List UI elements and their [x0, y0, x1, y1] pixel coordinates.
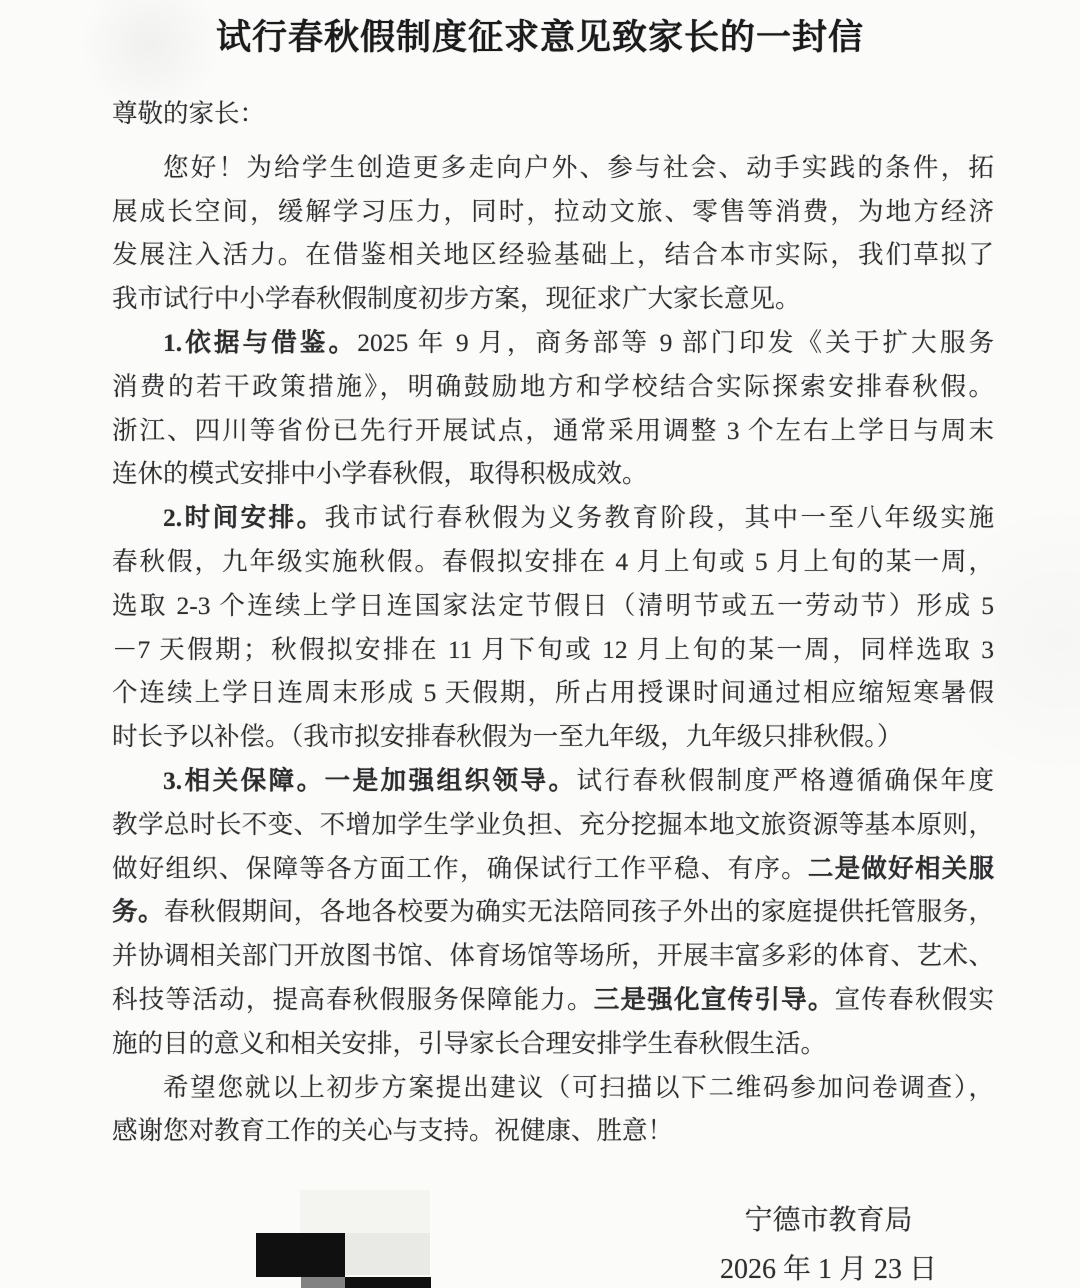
- qr-module: [345, 1233, 430, 1275]
- signature-date: 2026 年 1 月 23 日: [720, 1245, 937, 1288]
- bold-text: 二是做好相关服: [808, 854, 994, 883]
- text-run: －7 天假期；秋假拟安排在 11 月下旬或 12 月上旬的某一周，同样选取 3: [112, 635, 994, 664]
- text-run: 我市试行中小学春秋假制度初步方案，现征求广大家长意见。: [112, 284, 801, 313]
- text-run: 连休的模式安排中小学春秋假，取得积极成效。: [112, 459, 648, 488]
- text-run: 消费的若干政策措施》，明确鼓励地方和学校结合实际探索安排春秋假。: [112, 372, 994, 401]
- qr-module: [256, 1233, 345, 1277]
- qr-module: [345, 1277, 431, 1288]
- text-run: 做好组织、保障等各方面工作，确保试行工作平稳、有序。: [112, 854, 808, 883]
- text-run: 教学总时长不变、不增加学生学业负担、充分挖掘本地文旅资源等基本原则，: [112, 810, 994, 839]
- body-line: 教学总时长不变、不增加学生学业负担、充分挖掘本地文旅资源等基本原则，: [112, 803, 994, 847]
- letter-title: 试行春秋假制度征求意见致家长的一封信: [0, 0, 1080, 60]
- body-line: 做好组织、保障等各方面工作，确保试行工作平稳、有序。二是做好相关服: [112, 847, 994, 891]
- bold-text: 2.时间安排。: [163, 503, 325, 532]
- text-run: 浙江、四川等省份已先行开展试点，通常采用调整 3 个左右上学日与周末: [112, 416, 994, 445]
- body-line: 展成长空间，缓解学习压力，同时，拉动文旅、零售等消费，为地方经济: [112, 190, 994, 234]
- bold-text: 务。: [112, 897, 164, 926]
- body-line: 连休的模式安排中小学春秋假，取得积极成效。: [112, 452, 994, 496]
- signature-block: 宁德市教育局 2026 年 1 月 23 日: [720, 1196, 937, 1288]
- body-line: 您好！为给学生创造更多走向户外、参与社会、动手实践的条件，拓: [112, 146, 994, 190]
- body-line: 希望您就以上初步方案提出建议（可扫描以下二维码参加问卷调查），: [112, 1066, 994, 1110]
- body-line: 时长予以补偿。（我市拟安排春秋假为一至九年级，九年级只排秋假。）: [112, 715, 994, 759]
- text-run: 希望您就以上初步方案提出建议（可扫描以下二维码参加问卷调查），: [163, 1073, 994, 1102]
- text-run: 并协调相关部门开放图书馆、体育场馆等场所，开展丰富多彩的体育、艺术、: [112, 941, 994, 970]
- body-line: 1.依据与借鉴。2025 年 9 月，商务部等 9 部门印发《关于扩大服务: [112, 321, 994, 365]
- body-line: 科技等活动，提高春秋假服务保障能力。三是强化宣传引导。宣传春秋假实: [112, 978, 994, 1022]
- body-line: 务。春秋假期间，各地各校要为确实无法陪同孩子外出的家庭提供托管服务，: [112, 890, 994, 934]
- body-line: 选取 2-3 个连续上学日连国家法定节假日（清明节或五一劳动节）形成 5: [112, 584, 994, 628]
- text-run: 您好！为给学生创造更多走向户外、参与社会、动手实践的条件，拓: [163, 153, 994, 182]
- salutation: 尊敬的家长：: [112, 92, 994, 136]
- text-run: 试行春秋假制度严格遵循确保年度: [577, 766, 994, 795]
- qr-module: [301, 1277, 345, 1288]
- bold-text: 1.依据与借鉴。: [163, 328, 357, 357]
- body-line: 个连续上学日连周末形成 5 天假期，所占用授课时间通过相应缩短寒暑假: [112, 671, 994, 715]
- text-run: 个连续上学日连周末形成 5 天假期，所占用授课时间通过相应缩短寒暑假: [112, 678, 994, 707]
- text-run: 施的目的意义和相关安排，引导家长合理安排学生春秋假生活。: [112, 1029, 826, 1058]
- bold-text: 3.相关保障。: [163, 766, 325, 795]
- body-line: 2.时间安排。我市试行春秋假为义务教育阶段，其中一至八年级实施: [112, 496, 994, 540]
- qr-module: [300, 1190, 430, 1233]
- text-run: 宣传春秋假实: [835, 985, 994, 1014]
- body-line: 消费的若干政策措施》，明确鼓励地方和学校结合实际探索安排春秋假。: [112, 365, 994, 409]
- text-run: 感谢您对教育工作的关心与支持。祝健康、胜意！: [112, 1116, 673, 1145]
- text-run: 展成长空间，缓解学习压力，同时，拉动文旅、零售等消费，为地方经济: [112, 197, 994, 226]
- text-run: 2025 年 9 月，商务部等 9 部门印发《关于扩大服务: [357, 328, 994, 357]
- body-line: 施的目的意义和相关安排，引导家长合理安排学生春秋假生活。: [112, 1022, 994, 1066]
- text-run: 发展注入活力。在借鉴相关地区经验基础上，结合本市实际，我们草拟了: [112, 240, 994, 269]
- body-line: －7 天假期；秋假拟安排在 11 月下旬或 12 月上旬的某一周，同样选取 3: [112, 628, 994, 672]
- text-run: 时长予以补偿。（我市拟安排春秋假为一至九年级，九年级只排秋假。）: [112, 722, 903, 751]
- body-line: 我市试行中小学春秋假制度初步方案，现征求广大家长意见。: [112, 277, 994, 321]
- body-line: 并协调相关部门开放图书馆、体育场馆等场所，开展丰富多彩的体育、艺术、: [112, 934, 994, 978]
- letter-body: 尊敬的家长： 您好！为给学生创造更多走向户外、参与社会、动手实践的条件，拓展成长…: [112, 92, 994, 1153]
- paragraphs-container: 您好！为给学生创造更多走向户外、参与社会、动手实践的条件，拓展成长空间，缓解学习…: [112, 146, 994, 1153]
- letter-document: 试行春秋假制度征求意见致家长的一封信 尊敬的家长： 您好！为给学生创造更多走向户…: [0, 0, 1080, 1288]
- text-run: 春秋假，九年级实施秋假。春假拟安排在 4 月上旬或 5 月上旬的某一周，: [112, 547, 994, 576]
- text-run: 科技等活动，提高春秋假服务保障能力。: [112, 985, 594, 1014]
- text-run: 我市试行春秋假为义务教育阶段，其中一至八年级实施: [325, 503, 994, 532]
- bold-text: 三是强化宣传引导。: [594, 985, 835, 1014]
- body-line: 3.相关保障。一是加强组织领导。试行春秋假制度严格遵循确保年度: [112, 759, 994, 803]
- body-line: 春秋假，九年级实施秋假。春假拟安排在 4 月上旬或 5 月上旬的某一周，: [112, 540, 994, 584]
- text-run: 选取 2-3 个连续上学日连国家法定节假日（清明节或五一劳动节）形成 5: [112, 591, 994, 620]
- text-run: 春秋假期间，各地各校要为确实无法陪同孩子外出的家庭提供托管服务，: [164, 897, 994, 926]
- body-line: 发展注入活力。在借鉴相关地区经验基础上，结合本市实际，我们草拟了: [112, 233, 994, 277]
- body-line: 感谢您对教育工作的关心与支持。祝健康、胜意！: [112, 1109, 994, 1153]
- bold-text: 一是加强组织领导。: [325, 766, 577, 795]
- body-line: 浙江、四川等省份已先行开展试点，通常采用调整 3 个左右上学日与周末: [112, 409, 994, 453]
- signature-org: 宁德市教育局: [720, 1196, 937, 1245]
